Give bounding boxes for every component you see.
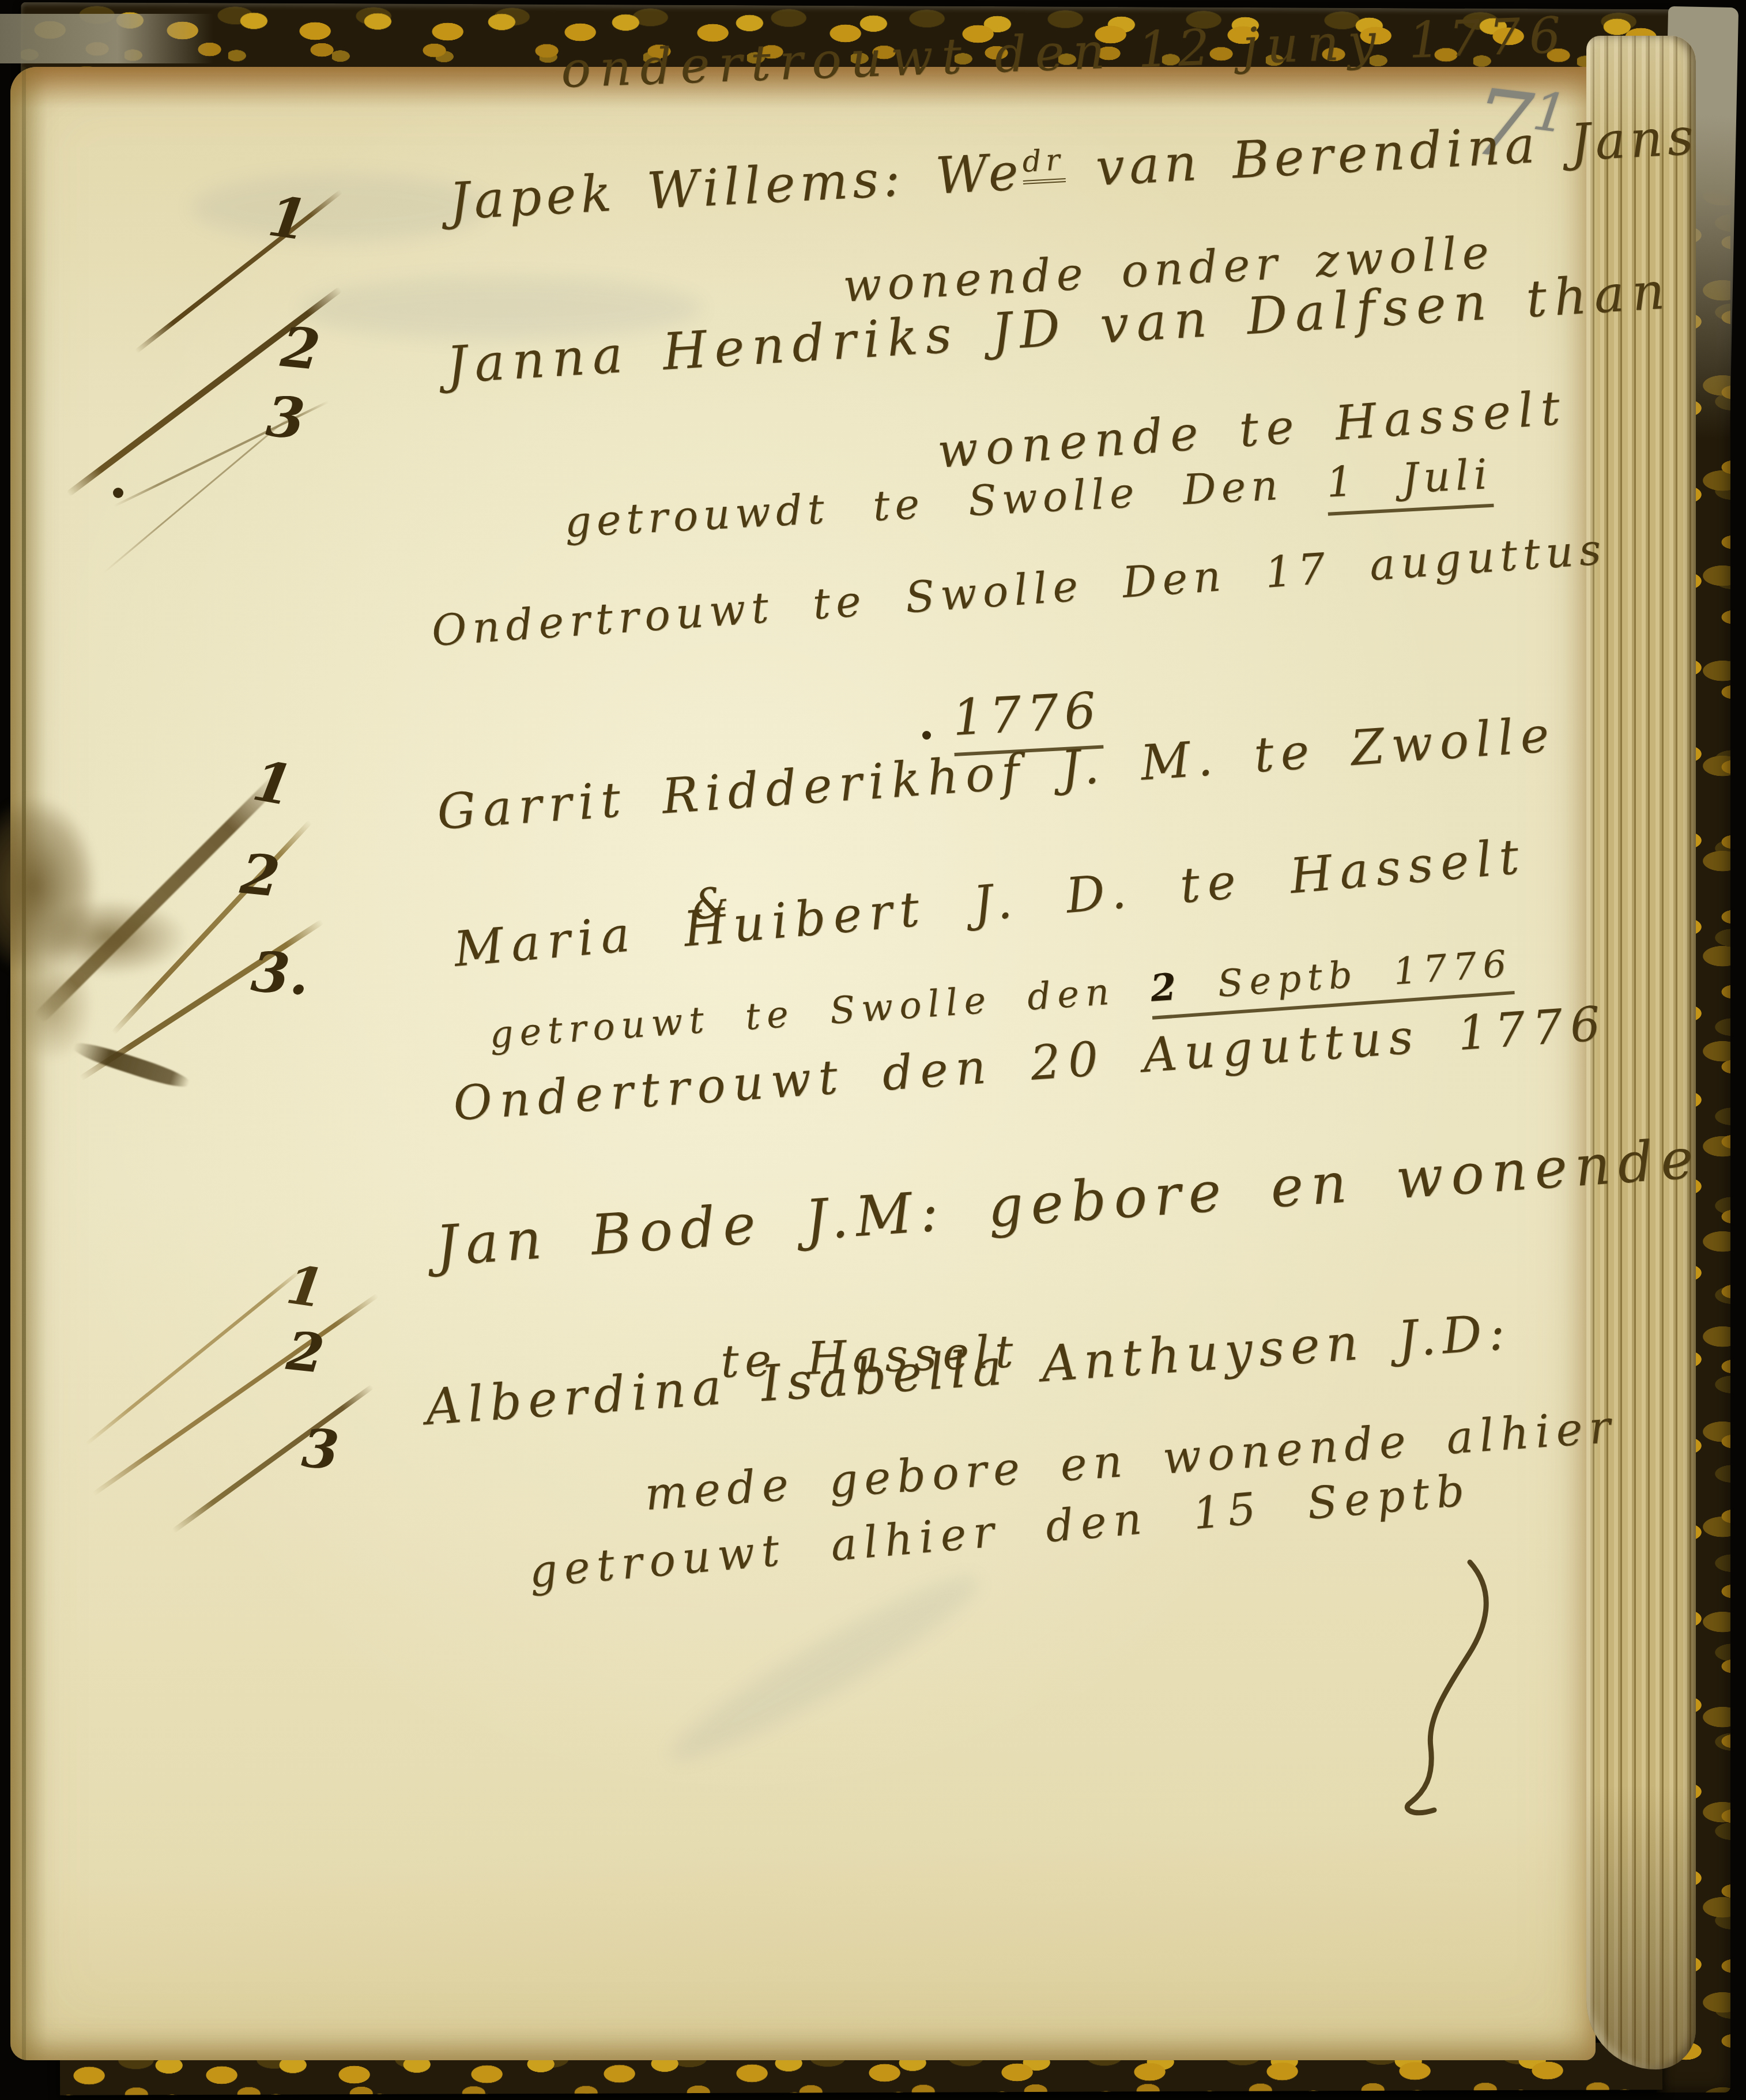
marriage-day: 2 (1149, 965, 1184, 1011)
ink-dot (113, 488, 123, 498)
margin-number: 2 (284, 1319, 327, 1385)
record2-banns-year: 1776 (951, 682, 1103, 747)
spine-cloth-top (0, 14, 213, 63)
ink-dot (922, 731, 931, 740)
margin-number: 2 (237, 841, 282, 910)
margin-number: 3 (300, 1417, 341, 1481)
ink-blot (0, 772, 213, 1072)
margin-number: 3. (249, 939, 311, 1008)
widower-abbreviation: dr (1021, 143, 1066, 184)
margin-number: 3 (264, 384, 307, 451)
register-book-scan: ondertrouwt den 12 juny 1776 71 Japek Wi… (0, 0, 1746, 2100)
marriage-date-underlined: 1 Juli (1325, 450, 1494, 516)
margin-number: 2 (278, 314, 323, 383)
ink-showthrough (190, 173, 490, 242)
fore-edge-page-stack (1586, 36, 1696, 2069)
pen-flourish (1372, 1556, 1522, 1827)
